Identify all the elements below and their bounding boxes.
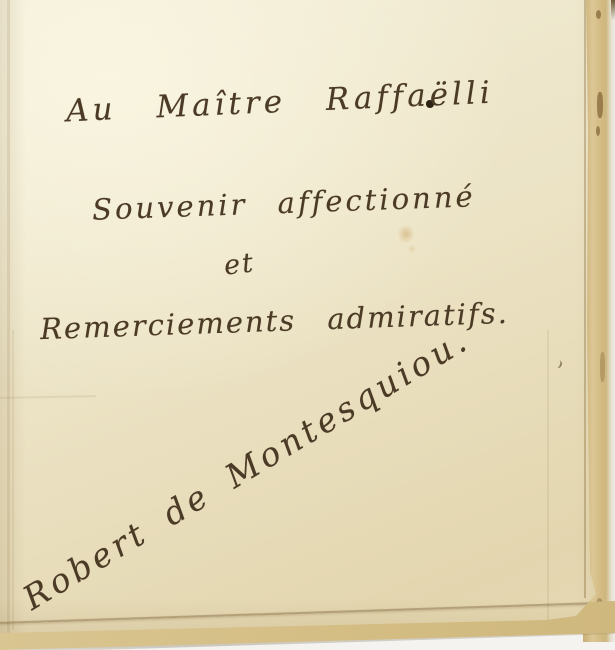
dedication-line-et: et <box>222 247 256 281</box>
book-page-photo: Au Maître Raffaëlli Souvenir affectionné… <box>0 0 615 650</box>
edge-fleck <box>596 126 600 136</box>
foxing-stain <box>406 243 418 255</box>
top-right-corner-shadow <box>611 0 615 20</box>
gutter-crease <box>7 0 10 650</box>
endpaper-page: Au Maître Raffaëlli Souvenir affectionné… <box>0 0 615 650</box>
gutter-crease <box>12 330 14 630</box>
paper-crease <box>547 330 549 630</box>
page-edge-line <box>584 0 586 598</box>
edge-fleck <box>600 352 605 382</box>
edge-fleck <box>597 92 603 118</box>
edge-fleck <box>596 10 601 19</box>
